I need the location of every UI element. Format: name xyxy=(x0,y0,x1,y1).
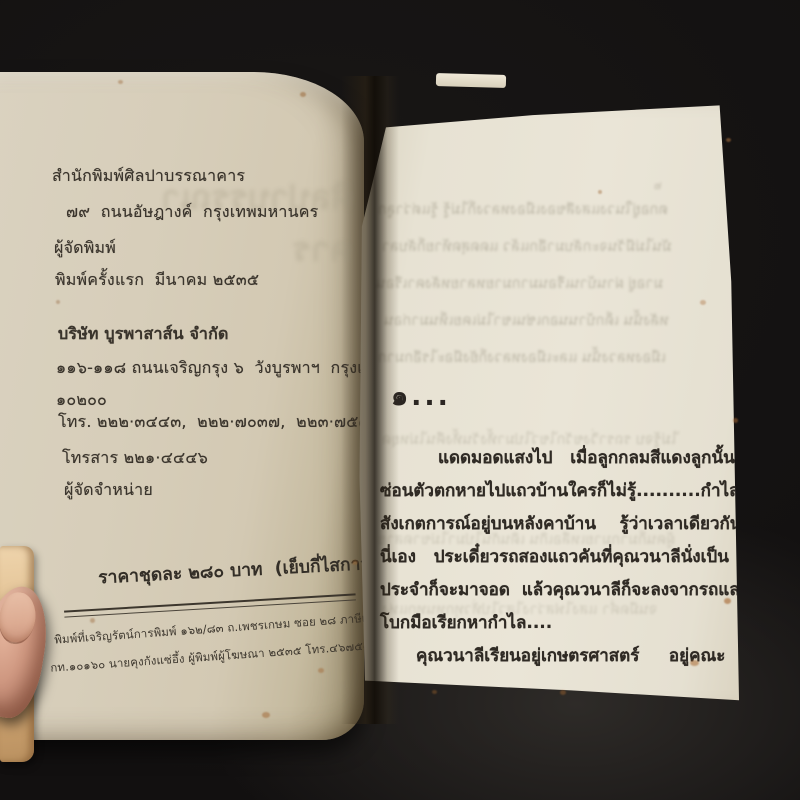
show-through-line: มาอยู่ ผ่านบ้านเรือนมากมายหลายหลังคาเรือ… xyxy=(376,272,663,295)
price-line: ราคาชุดละ ๒๘๐ บาท (เย็บกี่ไสกาว) xyxy=(97,549,364,592)
imprint-publisher: สำนักพิมพ์ศิลปาบรรณาคาร xyxy=(52,164,245,189)
chapter-number-marker: ๑... xyxy=(391,374,451,417)
imprint-distributor-role: ผู้จัดจำหน่าย xyxy=(64,478,153,503)
show-through-line: มันไม่มีวันจะกลับมาอีกแล้ว แดดสุดท้ายก็ล… xyxy=(382,235,672,258)
under-page-top-edge xyxy=(436,73,506,88)
imprint-publisher-role: ผู้จัดพิมพ์ xyxy=(54,236,116,261)
foxing-spot xyxy=(560,690,566,695)
imprint-address: ๗๙ ถนนอัษฎางค์ กรุงเทพมหานคร xyxy=(66,200,318,225)
book-photo: ศิลปาบรรณาคาร สำนักพิมพ์ศิลปาบรรณาคาร ๗๙… xyxy=(0,0,800,800)
show-through-page-number: ๒ xyxy=(654,176,662,195)
foxing-spot xyxy=(726,138,731,142)
body-text-line: แดดมอดแสงไป เมื่อลูกกลมสีแดงลูกนั้น xyxy=(438,444,735,471)
imprint-first-printing: พิมพ์ครั้งแรก มีนาคม ๒๕๓๕ xyxy=(55,268,259,293)
body-text-line: ซ่อนตัวตกหายไปแถวบ้านใครก็ไม่รู้........… xyxy=(380,477,746,504)
imprint-distributor-address: ๑๑๖-๑๑๘ ถนนเจริญกรุง ๖ วังบูรพาฯ กรุงเทพ… xyxy=(56,356,364,381)
right-page: ๒ ตกอยู่ในวงแสงสีของเมืองหลวงก็ไม่รู้ รู… xyxy=(358,98,746,710)
show-through-line: ตกอยู่ในวงแสงสีของเมืองหลวงก็ไม่รู้ รู้แ… xyxy=(378,198,668,221)
thumb-nail xyxy=(0,590,39,647)
show-through-line: เมืองหลวงนั้น และเมืองหลวงก็ยังมีอะไรอีก… xyxy=(378,346,666,369)
imprint-fax: โทรสาร ๒๒๑·๔๔๔๖ xyxy=(62,446,208,471)
body-text-line: นี่เอง ประเดี๋ยวรถสองแถวคันที่คุณวนาลีนั… xyxy=(380,543,729,570)
show-through-line: หลังนั้น เด็กบ้านนอกเช่นเขาไม่เคยเห็นมาก… xyxy=(384,309,669,332)
imprint-telephone: โทร. ๒๒๒·๓๔๔๓, ๒๒๒·๗๐๓๗, ๒๒๓·๗๕๗๕ xyxy=(58,410,364,435)
imprint-distributor-company: บริษัท บูรพาสาส์น จำกัด xyxy=(58,322,229,347)
body-text-line: ประจำก็จะมาจอด แล้วคุณวนาลีก็จะลงจากรถแล… xyxy=(380,576,746,603)
body-text-line: โบกมือเรียกหากำไล.... xyxy=(380,609,552,636)
body-text-line: สังเกตการณ์อยู่บนหลังคาบ้าน รู้ว่าเวลาเด… xyxy=(380,510,741,537)
body-text-line: คุณวนาลีเรียนอยู่เกษตรศาสตร์ อยู่คณะ xyxy=(416,642,725,669)
foxing-spot xyxy=(432,690,437,694)
left-page: ศิลปาบรรณาคาร สำนักพิมพ์ศิลปาบรรณาคาร ๗๙… xyxy=(0,72,364,740)
